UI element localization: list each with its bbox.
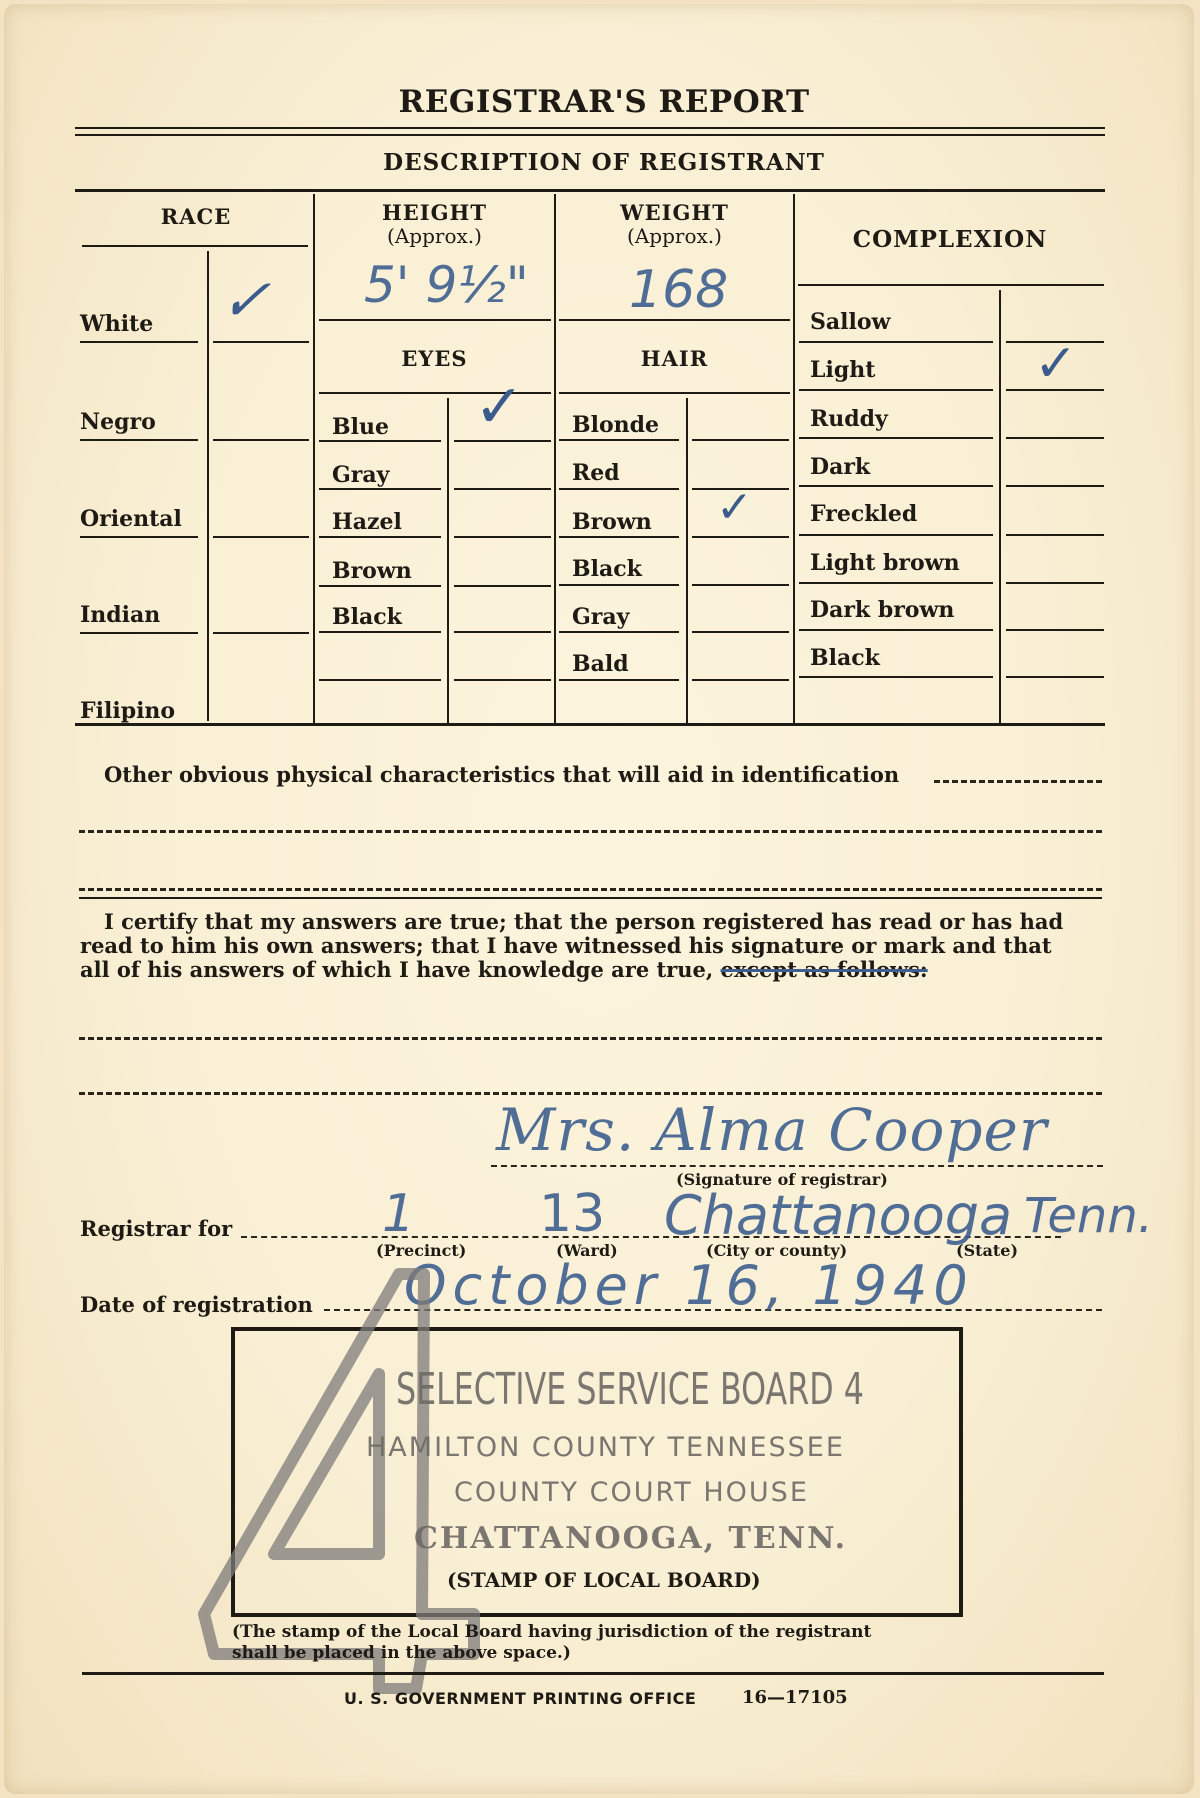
complexion-option-light-brown: Light brown (810, 550, 960, 576)
complexion-option-ruddy: Ruddy (810, 406, 888, 432)
hair-row-rule (559, 631, 679, 633)
complexion-check-rule (1006, 437, 1104, 439)
eyes-row-rule (319, 440, 441, 442)
registrar-signature[interactable]: Mrs. Alma Cooper (496, 1096, 1048, 1164)
complexion-option-black: Black (810, 645, 880, 671)
height-value[interactable]: 5' 9½" (364, 256, 529, 314)
eyes-check-rule (454, 536, 551, 538)
race-option-indian: Indian (80, 602, 160, 628)
eyes-row-rule (319, 631, 441, 633)
city-value[interactable]: Chattanooga (664, 1184, 1012, 1247)
hair-check-rule (692, 439, 789, 441)
eyes-option-black: Black (332, 604, 402, 630)
eyes-option-hazel: Hazel (332, 509, 402, 535)
race-header: RACE (79, 204, 313, 229)
hair-option-bald: Bald (572, 651, 629, 677)
other-characteristics-line-2[interactable] (79, 830, 1102, 833)
race-check-rule (213, 341, 309, 343)
col-divider-1 (313, 194, 315, 724)
hair-option-black: Black (572, 556, 642, 582)
race-row-rule (80, 341, 198, 343)
title-rule-bottom (75, 134, 1105, 136)
eyes-check-rule (454, 631, 551, 633)
signature-line (491, 1165, 1103, 1167)
complexion-light-checkmark[interactable]: ✓ (1034, 334, 1078, 394)
table-top-rule (75, 189, 1105, 192)
precinct-value[interactable]: 1 (382, 1184, 415, 1244)
page-title: REGISTRAR'S REPORT (4, 84, 1200, 120)
stamp-caption: (STAMP OF LOCAL BOARD) (447, 1568, 761, 1592)
hair-header: HAIR (556, 346, 793, 371)
hair-header-rule (559, 392, 790, 394)
other-characteristics-label: Other obvious physical characteristics t… (104, 762, 899, 787)
complexion-check-rule (1006, 582, 1104, 584)
exceptions-line-1[interactable] (79, 1037, 1102, 1040)
eyes-check-rule (454, 488, 551, 490)
complexion-row-rule (799, 389, 993, 391)
complexion-check-rule (1006, 485, 1104, 487)
race-option-negro: Negro (80, 409, 156, 435)
eyes-option-gray: Gray (332, 462, 389, 488)
height-rule (319, 319, 551, 321)
hair-option-blonde: Blonde (572, 412, 659, 438)
weight-subheader: (Approx.) (556, 224, 793, 248)
hair-option-gray: Gray (572, 604, 629, 630)
race-option-white: White (80, 311, 153, 337)
hair-brown-checkmark[interactable]: ✓ (716, 482, 753, 533)
eyes-row-rule (319, 536, 441, 538)
race-check-rule (213, 536, 309, 538)
complexion-check-rule (1006, 629, 1104, 631)
exceptions-line-2[interactable] (79, 1092, 1102, 1095)
complexion-row-rule (799, 341, 993, 343)
section-rule (79, 897, 1102, 899)
complexion-header: COMPLEXION (795, 226, 1105, 253)
eyes-check-rule (454, 679, 551, 681)
complexion-row-rule (799, 676, 993, 678)
footnote-line-1: (The stamp of the Local Board having jur… (232, 1622, 871, 1642)
race-check-divider (207, 251, 209, 721)
certification-line-3: all of his answers of which I have knowl… (80, 957, 928, 982)
complexion-row-rule (799, 582, 993, 584)
hair-check-rule (692, 584, 789, 586)
complexion-row-rule (799, 534, 993, 536)
eyes-row-rule (319, 488, 441, 490)
hair-check-divider (686, 398, 688, 724)
hair-row-rule (559, 488, 679, 490)
race-row-rule (80, 632, 198, 634)
complexion-row-rule (799, 629, 993, 631)
race-option-filipino: Filipino (80, 698, 175, 724)
race-row-rule (80, 536, 198, 538)
eyes-option-blue: Blue (332, 414, 389, 440)
state-value[interactable]: Tenn. (1024, 1188, 1153, 1244)
eyes-header: EYES (315, 346, 554, 371)
hair-check-rule (692, 631, 789, 633)
weight-header: WEIGHT (556, 200, 793, 225)
other-characteristics-field[interactable] (934, 780, 1102, 783)
eyes-option-brown: Brown (332, 558, 412, 584)
hair-row-rule (559, 584, 679, 586)
complexion-option-light: Light (810, 357, 875, 383)
race-check-rule (213, 439, 309, 441)
registrar-for-label: Registrar for (80, 1216, 232, 1241)
certification-line-2: read to him his own answers; that I have… (80, 933, 1052, 958)
hair-row-rule (559, 679, 679, 681)
complexion-check-rule (1006, 676, 1104, 678)
registration-card: REGISTRAR'S REPORT DESCRIPTION OF REGIST… (4, 4, 1194, 1794)
race-option-oriental: Oriental (80, 506, 182, 532)
race-header-rule (82, 245, 308, 247)
printer-label: U. S. GOVERNMENT PRINTING OFFICE (344, 1689, 696, 1708)
weight-value[interactable]: 168 (629, 260, 728, 320)
complexion-row-rule (799, 485, 993, 487)
stamp-line-2: HAMILTON COUNTY TENNESSEE (366, 1432, 845, 1463)
other-characteristics-line-3[interactable] (79, 888, 1102, 891)
complexion-check-divider (999, 290, 1001, 724)
hair-row-rule (559, 439, 679, 441)
complexion-option-freckled: Freckled (810, 501, 917, 527)
certification-line-3-main: all of his answers of which I have knowl… (80, 957, 713, 982)
hair-check-rule (692, 536, 789, 538)
complexion-row-rule (799, 437, 993, 439)
col-divider-3 (793, 194, 795, 724)
height-subheader: (Approx.) (315, 224, 554, 248)
complexion-header-rule (798, 284, 1104, 286)
hair-row-rule (559, 536, 679, 538)
complexion-check-rule (1006, 534, 1104, 536)
eyes-check-divider (447, 398, 449, 724)
eyes-row-rule (319, 585, 441, 587)
eyes-blue-checkmark[interactable]: ✓ (474, 372, 524, 442)
weight-rule (559, 319, 790, 321)
title-rule-top (75, 127, 1105, 129)
hair-option-red: Red (572, 460, 620, 486)
table-bottom-rule (75, 723, 1105, 726)
complexion-option-sallow: Sallow (810, 309, 890, 335)
height-header: HEIGHT (315, 200, 554, 225)
certification-line-1: I certify that my answers are true; that… (104, 909, 1063, 934)
eyes-check-rule (454, 585, 551, 587)
race-check-rule (213, 632, 309, 634)
stamp-line-4: CHATTANOOGA, TENN. (414, 1521, 847, 1556)
footnote-line-2: shall be placed in the above space.) (232, 1643, 571, 1663)
certification-struck-text: except as follows: (721, 957, 928, 982)
hair-check-rule (692, 679, 789, 681)
ward-value[interactable]: 13 (539, 1184, 605, 1244)
stamp-line-1: SELECTIVE SERVICE BOARD 4 (396, 1364, 864, 1415)
complexion-option-dark-brown: Dark brown (810, 597, 954, 623)
race-white-checkmark[interactable]: ✓ (214, 266, 287, 334)
eyes-row-rule (319, 679, 441, 681)
complexion-option-dark: Dark (810, 454, 870, 480)
section-title: DESCRIPTION OF REGISTRANT (4, 149, 1200, 176)
col-divider-2 (554, 194, 556, 724)
stamp-line-3: COUNTY COURT HOUSE (454, 1477, 809, 1508)
printer-code: 16—17105 (742, 1687, 848, 1708)
bottom-rule (82, 1672, 1104, 1675)
race-row-rule (80, 439, 198, 441)
hair-option-brown: Brown (572, 509, 652, 535)
